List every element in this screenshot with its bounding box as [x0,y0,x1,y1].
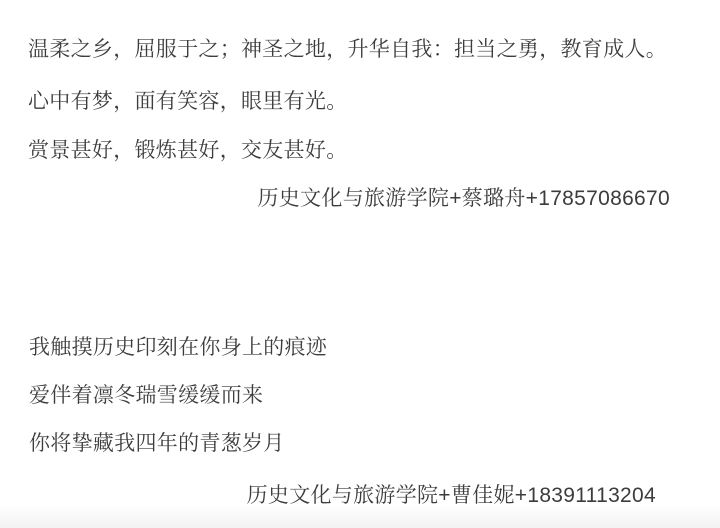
message-line: 温柔之乡，屈服于之；神圣之地，升华自我：担当之勇，教育成人。 [28,38,667,62]
message-line: 你将挚藏我四年的青葱岁月 [29,432,285,456]
message-line: 我触摸历史印刻在你身上的痕迹 [29,336,327,360]
message-line: 心中有梦，面有笑容，眼里有光。 [28,90,348,114]
message-signature: 历史文化与旅游学院+曹佳妮+18391113204 [247,484,656,508]
message-signature: 历史文化与旅游学院+蔡璐舟+17857086670 [258,187,671,211]
document-page: 温柔之乡，屈服于之；神圣之地，升华自我：担当之勇，教育成人。 心中有梦，面有笑容… [0,0,720,528]
message-line: 赏景甚好，锻炼甚好，交友甚好。 [28,139,348,163]
message-line: 爱伴着凛冬瑞雪缓缓而来 [29,384,263,408]
